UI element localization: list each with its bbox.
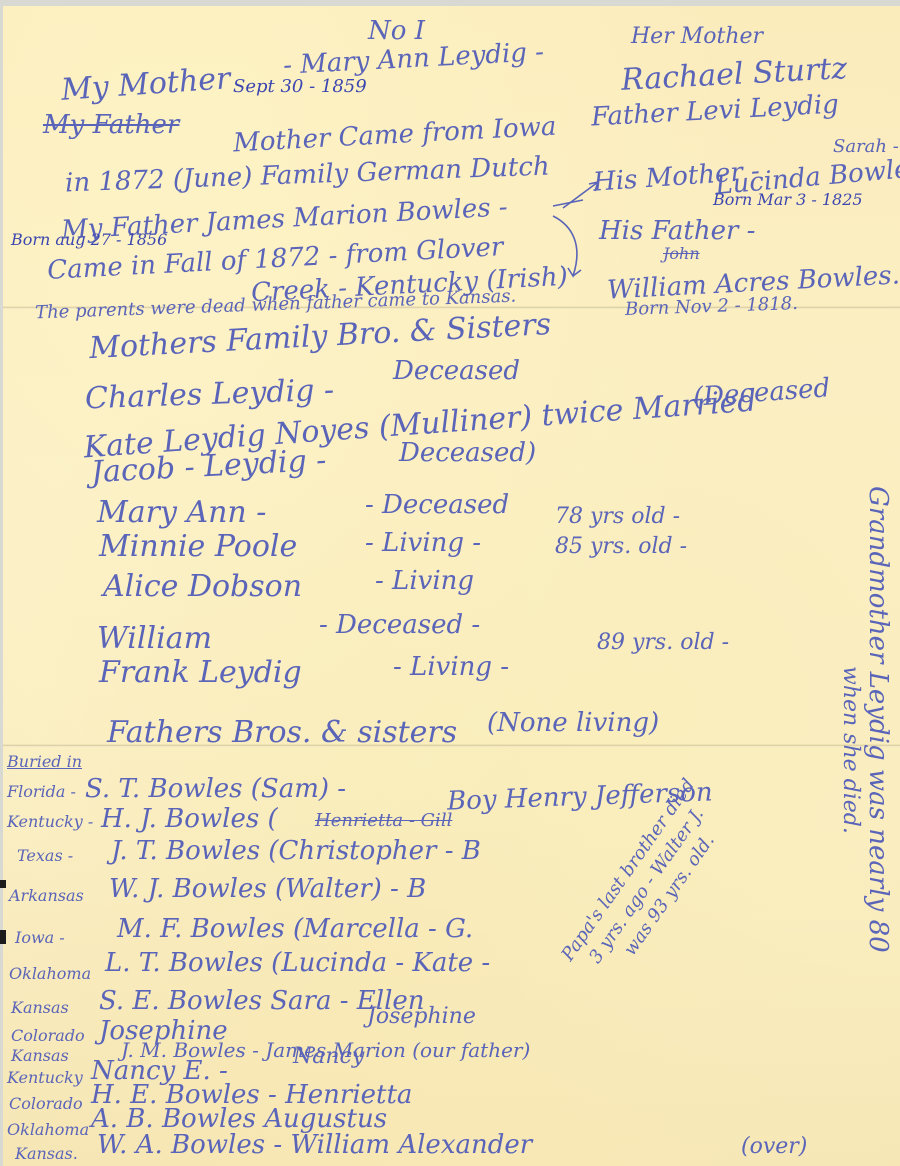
my-father-struck: My Father (43, 112, 179, 138)
burial-place: Texas - (17, 848, 73, 864)
scan-edge-mark (0, 930, 6, 944)
burial-place: Kansas (11, 1000, 69, 1016)
fathers-family-note: (None living) (487, 710, 659, 736)
family-member-name: Minnie Poole (99, 532, 297, 562)
sibling-name: A. B. Bowles Augustus (91, 1106, 387, 1132)
letter-page: No I My Mother - Mary Ann Leydig - Sept … (3, 6, 900, 1166)
family-member-name: Frank Leydig (99, 658, 302, 688)
family-member-age: 89 yrs. old - (597, 632, 729, 654)
over-note: (over) (741, 1136, 807, 1158)
burial-place: Iowa - (15, 930, 65, 946)
sibling-struck-name: Henrietta - Gill (315, 812, 452, 830)
burial-place: Arkansas (9, 888, 84, 904)
her-mother-name: Rachael Sturtz (620, 54, 847, 96)
family-member-name: William (97, 624, 212, 654)
family-member-age: 78 yrs old - (555, 506, 680, 528)
burial-place: Colorado (11, 1028, 85, 1044)
mother-came-from: Mother Came from Iowa (233, 114, 557, 157)
family-member-status: - Deceased (365, 492, 509, 518)
margin-note: Grandmother Leydig was nearly 80 (865, 486, 891, 953)
family-member-status: Deceased) (399, 440, 536, 466)
her-mother-label: Her Mother (631, 26, 763, 48)
mother-name: - Mary Ann Leydig - (282, 39, 544, 79)
sibling-name: W. A. Bowles - William Alexander (97, 1132, 532, 1158)
burial-place: Kansas. (15, 1146, 78, 1162)
sibling-name: J. T. Bowles (Christopher - B (111, 838, 481, 864)
his-father-label: His Father - (599, 218, 755, 244)
sibling-name: H. J. Bowles ( (101, 806, 278, 832)
family-member-status: Deceased (393, 358, 520, 384)
father-birth-date: Born aug 27 - 1856 (11, 232, 167, 248)
family-member-status: - Living (375, 568, 474, 594)
family-member-status: - Living - (393, 654, 509, 680)
his-mother-alt-name: Sarah - (833, 138, 899, 156)
family-member-status: (Deceased (692, 375, 831, 411)
family-member-name: Alice Dobson (103, 572, 302, 602)
family-member-name: Charles Leydig - (85, 376, 335, 415)
mother-arrival-year: in 1872 (June) Family German Dutch (65, 154, 550, 197)
margin-note: when she died. (839, 666, 861, 834)
family-member-name: Mary Ann - (97, 498, 266, 528)
sibling-name: L. T. Bowles (Lucinda - Kate - (105, 950, 490, 976)
family-member-age: 85 yrs. old - (555, 536, 687, 558)
scan-edge-mark (0, 880, 6, 888)
family-member-status: - Living - (365, 530, 481, 556)
sibling-name: W. J. Bowles (Walter) - B (109, 876, 426, 902)
my-mother-label: My Mother (60, 64, 231, 106)
his-father-birth: Born Nov 2 - 1818. (625, 295, 798, 319)
burial-place: Oklahoma (9, 966, 91, 982)
burial-place: Oklahoma (7, 1122, 89, 1138)
mother-birth-date: Sept 30 - 1859 (233, 78, 367, 96)
his-father-struck-name: John (663, 246, 700, 262)
sibling-name: M. F. Bowles (Marcella - G. (117, 916, 473, 942)
page-label: No I (368, 18, 425, 44)
burial-place: Kentucky - (7, 814, 93, 830)
sibling-name: S. T. Bowles (Sam) - (85, 776, 346, 802)
sibling-child: Josephine (367, 1006, 476, 1028)
sibling-child: Nancy (293, 1046, 364, 1068)
burial-place: Colorado (9, 1096, 83, 1112)
burial-place: Kentucky (7, 1070, 83, 1086)
fathers-family-heading: Fathers Bros. & sisters (107, 718, 457, 748)
his-mother-birth: Born Mar 3 - 1825 (713, 192, 863, 208)
burial-place: Florida - (7, 784, 76, 800)
burial-place: Kansas (11, 1048, 69, 1064)
family-member-status: - Deceased - (319, 612, 480, 638)
buried-in-label: Buried in (7, 754, 82, 770)
